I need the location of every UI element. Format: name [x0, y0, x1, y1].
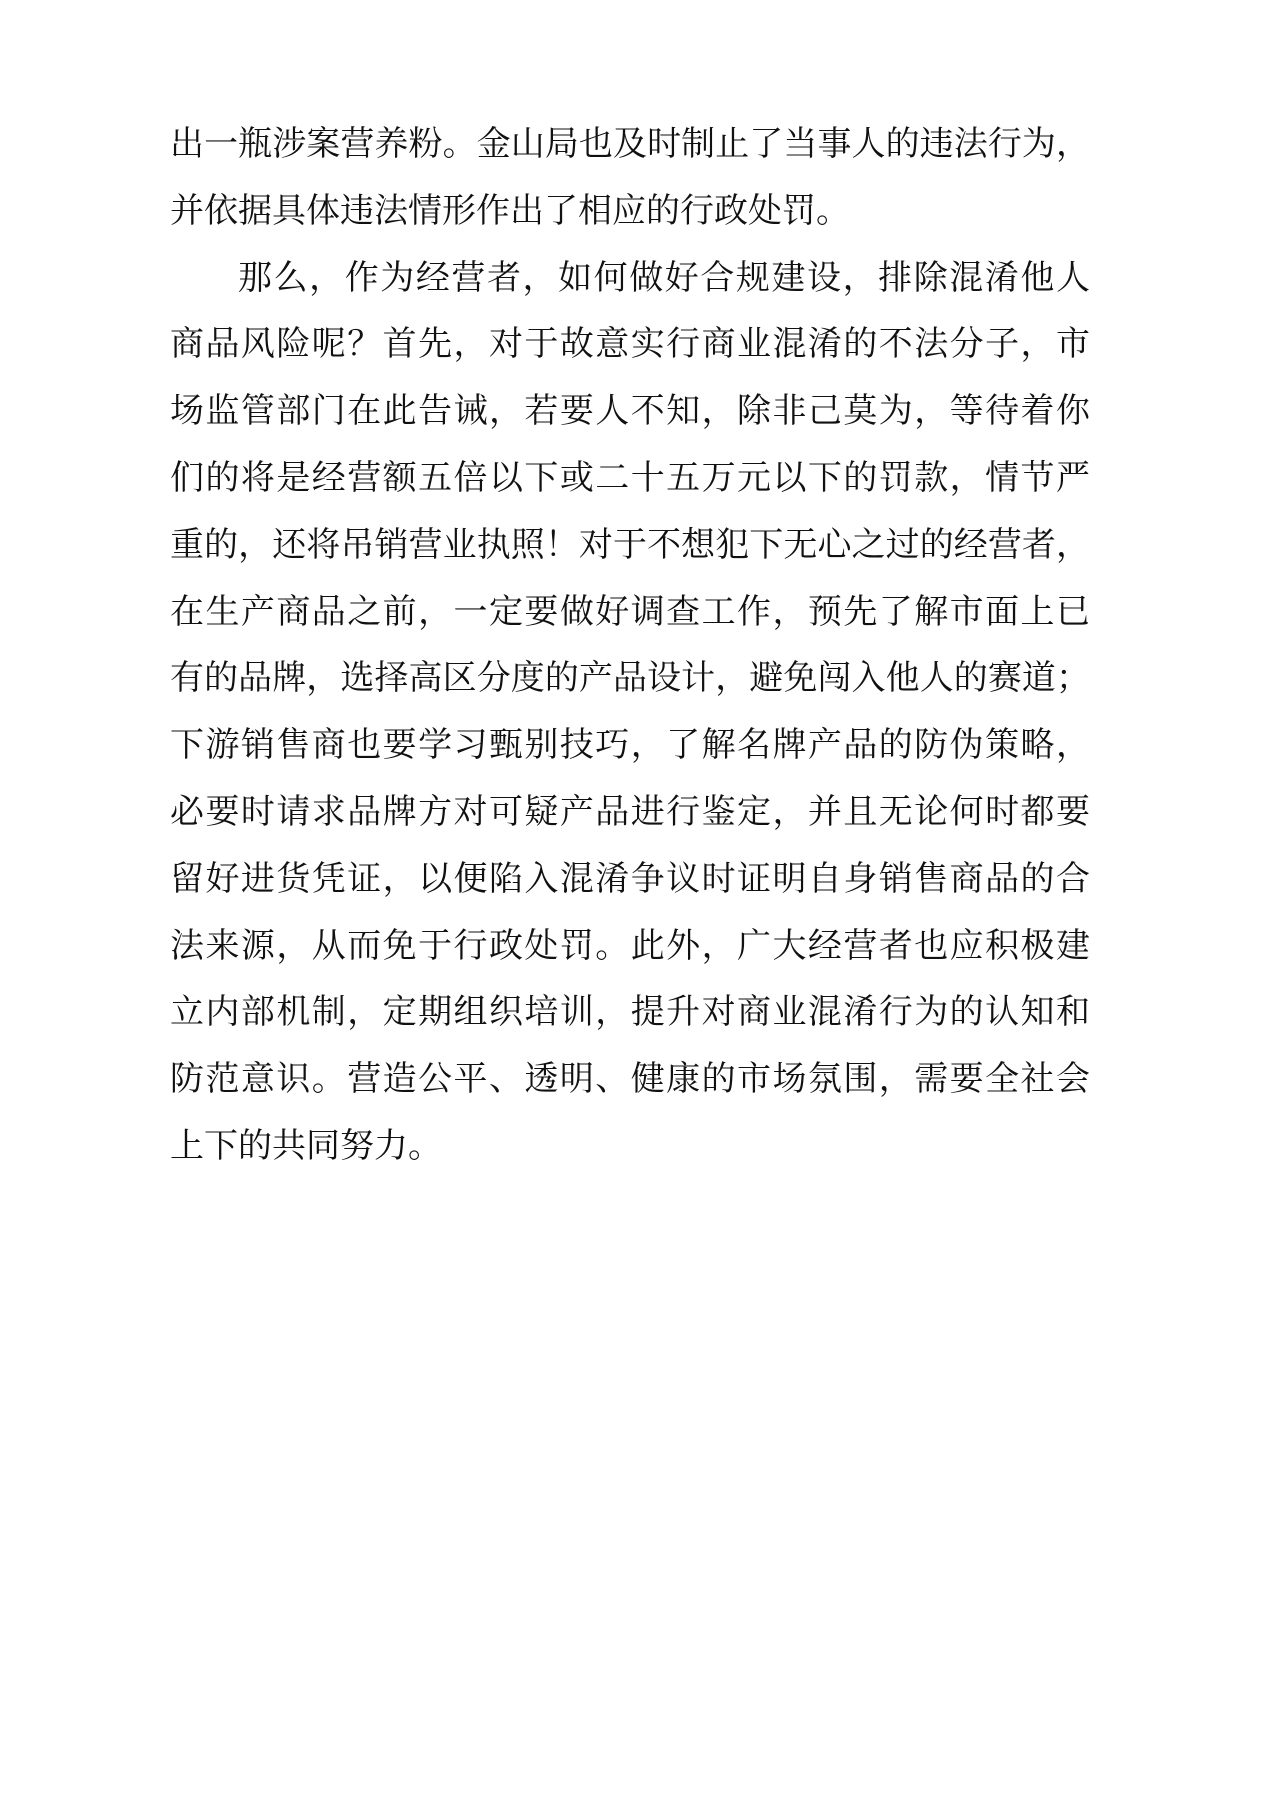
text-line: 那么，作为经营者，如何做好合规建设，排除混淆他人	[170, 246, 1090, 313]
text-line: 并依据具体违法情形作出了相应的行政处罚。	[170, 179, 1090, 246]
text-line: 必要时请求品牌方对可疑产品进行鉴定，并且无论何时都要	[170, 780, 1090, 847]
text-line: 下游销售商也要学习甄别技巧，了解名牌产品的防伪策略，	[170, 713, 1090, 780]
text-line: 在生产商品之前，一定要做好调查工作，预先了解市面上已	[170, 580, 1090, 647]
text-line: 重的，还将吊销营业执照！对于不想犯下无心之过的经营者，	[170, 513, 1090, 580]
text-line: 留好进货凭证，以便陷入混淆争议时证明自身销售商品的合	[170, 847, 1090, 914]
document-page: 出一瓶涉案营养粉。金山局也及时制止了当事人的违法行为， 并依据具体违法情形作出了…	[0, 0, 1280, 1810]
text-line: 防范意识。营造公平、透明、健康的市场氛围，需要全社会	[170, 1047, 1090, 1114]
document-body: 出一瓶涉案营养粉。金山局也及时制止了当事人的违法行为， 并依据具体违法情形作出了…	[170, 112, 1090, 1181]
text-line: 上下的共同努力。	[170, 1114, 1090, 1181]
text-line: 有的品牌，选择高区分度的产品设计，避免闯入他人的赛道；	[170, 646, 1090, 713]
text-line: 们的将是经营额五倍以下或二十五万元以下的罚款，情节严	[170, 446, 1090, 513]
text-line: 场监管部门在此告诫，若要人不知，除非己莫为，等待着你	[170, 379, 1090, 446]
text-line: 出一瓶涉案营养粉。金山局也及时制止了当事人的违法行为，	[170, 112, 1090, 179]
text-line: 商品风险呢？首先，对于故意实行商业混淆的不法分子，市	[170, 312, 1090, 379]
text-line: 法来源，从而免于行政处罚。此外，广大经营者也应积极建	[170, 914, 1090, 981]
text-line: 立内部机制，定期组织培训，提升对商业混淆行为的认知和	[170, 980, 1090, 1047]
